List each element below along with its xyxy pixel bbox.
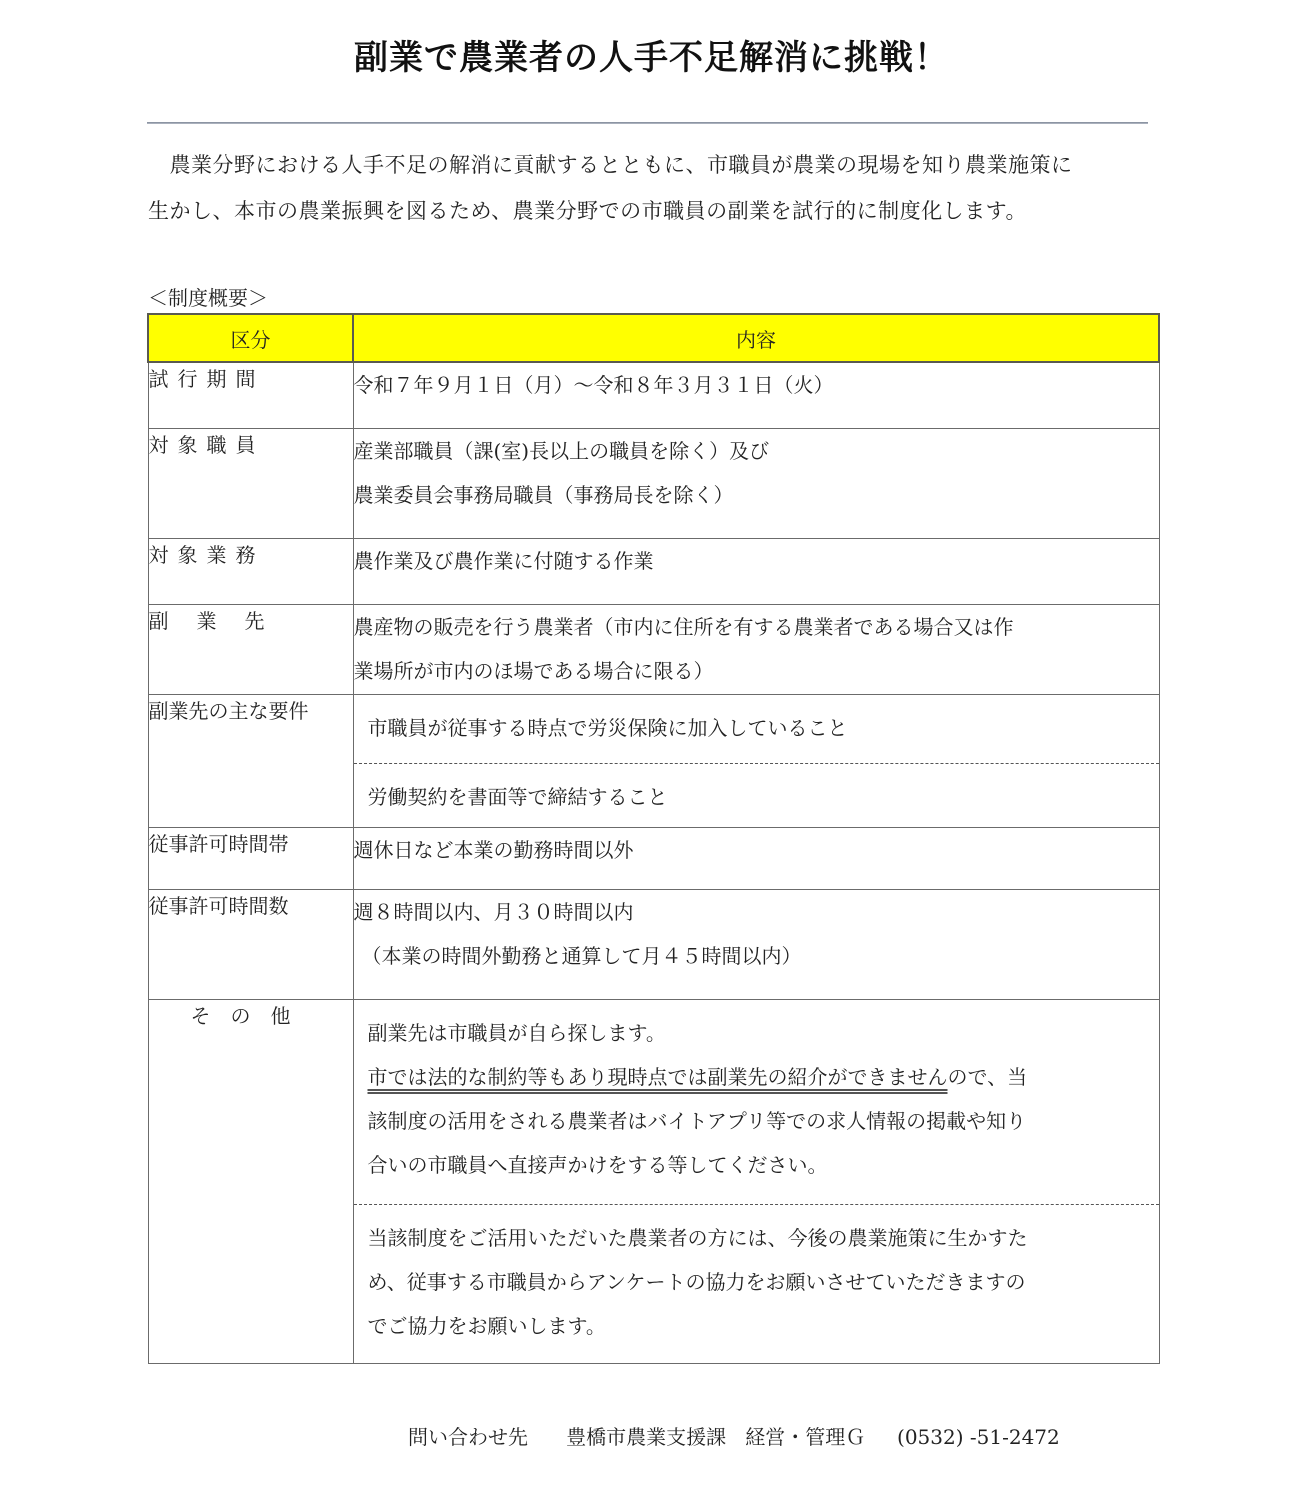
table-row: その他 副業先は市職員が自ら探します。 市では法的な制約等もあり現時点では副業先… (148, 999, 1159, 1363)
content-line: め、従事する市職員からアンケートの協力をお願いさせていただきますの (368, 1260, 1145, 1304)
content-line: 農作業及び農作業に付随する作業 (354, 539, 1159, 583)
page-title: 副業で農業者の人手不足解消に挑戦！ (0, 30, 1303, 79)
overview-table: 区分 内容 試行期間 令和７年９月１日（月）～令和８年３月３１日（火） 対象職員… (147, 313, 1160, 1364)
row-category: 副業先の主な要件 (148, 694, 353, 827)
content-line: 農業委員会事務局職員（事務局長を除く） (354, 473, 1159, 517)
header-category: 区分 (148, 314, 353, 362)
content-line: 副業先は市職員が自ら探します。 (368, 1011, 1145, 1055)
content-line: 農産物の販売を行う農業者（市内に住所を有する農業者である場合又は作 (354, 605, 1159, 649)
row-category: その他 (148, 999, 353, 1363)
contact-group: 経営・管理Ｇ (745, 1425, 865, 1449)
header-content: 内容 (353, 314, 1159, 362)
contact-phone: (0532) -51-2472 (897, 1425, 1060, 1449)
row-category: 従事許可時間帯 (148, 827, 353, 889)
table-row: 従事許可時間数 週８時間以内、月３０時間以内 （本業の時間外勤務と通算して月４５… (148, 889, 1159, 999)
content-line: 業場所が市内のほ場である場合に限る） (354, 649, 1159, 693)
table-row: 従事許可時間帯 週休日など本業の勤務時間以外 (148, 827, 1159, 889)
row-content: 副業先は市職員が自ら探します。 市では法的な制約等もあり現時点では副業先の紹介が… (353, 999, 1159, 1363)
sub-cell: 副業先は市職員が自ら探します。 市では法的な制約等もあり現時点では副業先の紹介が… (354, 1000, 1159, 1204)
row-category: 対象職員 (148, 428, 353, 538)
row-content: 市職員が従事する時点で労災保険に加入していること 労働契約を書面等で締結すること (353, 694, 1159, 827)
contact-footer: 問い合わせ先 豊橋市農業支援課 経営・管理Ｇ (0532) -51-2472 (408, 1421, 1060, 1450)
table-row: 試行期間 令和７年９月１日（月）～令和８年３月３１日（火） (148, 362, 1159, 428)
sub-cell: 労働契約を書面等で締結すること (354, 763, 1159, 827)
content-line: 合いの市職員へ直接声かけをする等してください。 (368, 1143, 1145, 1187)
content-line: （本業の時間外勤務と通算して月４５時間以内） (354, 934, 1159, 978)
table-row: 副業先の主な要件 市職員が従事する時点で労災保険に加入していること 労働契約を書… (148, 694, 1159, 827)
sub-cell: 市職員が従事する時点で労災保険に加入していること (354, 695, 1159, 763)
row-category: 対象業務 (148, 538, 353, 604)
content-line: 市職員が従事する時点で労災保険に加入していること (368, 706, 1145, 750)
row-content: 農産物の販売を行う農業者（市内に住所を有する農業者である場合又は作 業場所が市内… (353, 604, 1159, 694)
row-content: 週８時間以内、月３０時間以内 （本業の時間外勤務と通算して月４５時間以内） (353, 889, 1159, 999)
intro-line-2: 生かし、本市の農業振興を図るため、農業分野での市職員の副業を試行的に制度化します… (148, 188, 1163, 234)
content-line: 産業部職員（課(室)長以上の職員を除く）及び (354, 429, 1159, 473)
content-text: ので、当 (948, 1065, 1028, 1089)
content-line: 当該制度をご活用いただいた農業者の方には、今後の農業施策に生かすた (368, 1216, 1145, 1260)
content-line: 該制度の活用をされる農業者はバイトアプリ等での求人情報の掲載や知り (368, 1099, 1145, 1143)
row-content: 週休日など本業の勤務時間以外 (353, 827, 1159, 889)
content-line: 市では法的な制約等もあり現時点では副業先の紹介ができませんので、当 (368, 1055, 1145, 1099)
content-line: でご協力をお願いします。 (368, 1304, 1145, 1348)
content-line: 週８時間以内、月３０時間以内 (354, 890, 1159, 934)
row-category: 試行期間 (148, 362, 353, 428)
intro-line-1: 農業分野における人手不足の解消に貢献するとともに、市職員が農業の現場を知り農業施… (148, 142, 1163, 188)
row-category: 副業先 (148, 604, 353, 694)
table-row: 対象職員 産業部職員（課(室)長以上の職員を除く）及び 農業委員会事務局職員（事… (148, 428, 1159, 538)
row-content: 農作業及び農作業に付随する作業 (353, 538, 1159, 604)
content-line: 労働契約を書面等で締結すること (368, 775, 1145, 819)
table-header-row: 区分 内容 (148, 314, 1159, 362)
title-divider (147, 122, 1148, 124)
table-row: 対象業務 農作業及び農作業に付随する作業 (148, 538, 1159, 604)
contact-label: 問い合わせ先 (408, 1425, 528, 1449)
sub-cell: 当該制度をご活用いただいた農業者の方には、今後の農業施策に生かすた め、従事する… (354, 1204, 1159, 1363)
row-category: 従事許可時間数 (148, 889, 353, 999)
emphasis-underline: 市では法的な制約等もあり現時点では副業先の紹介ができません (368, 1065, 948, 1089)
table-row: 副業先 農産物の販売を行う農業者（市内に住所を有する農業者である場合又は作 業場… (148, 604, 1159, 694)
content-line: 令和７年９月１日（月）～令和８年３月３１日（火） (354, 363, 1159, 407)
contact-department: 豊橋市農業支援課 (566, 1425, 726, 1449)
intro-paragraph: 農業分野における人手不足の解消に貢献するとともに、市職員が農業の現場を知り農業施… (148, 142, 1163, 234)
row-content: 産業部職員（課(室)長以上の職員を除く）及び 農業委員会事務局職員（事務局長を除… (353, 428, 1159, 538)
row-content: 令和７年９月１日（月）～令和８年３月３１日（火） (353, 362, 1159, 428)
section-label: ＜制度概要＞ (148, 282, 268, 311)
content-line: 週休日など本業の勤務時間以外 (354, 828, 1159, 872)
